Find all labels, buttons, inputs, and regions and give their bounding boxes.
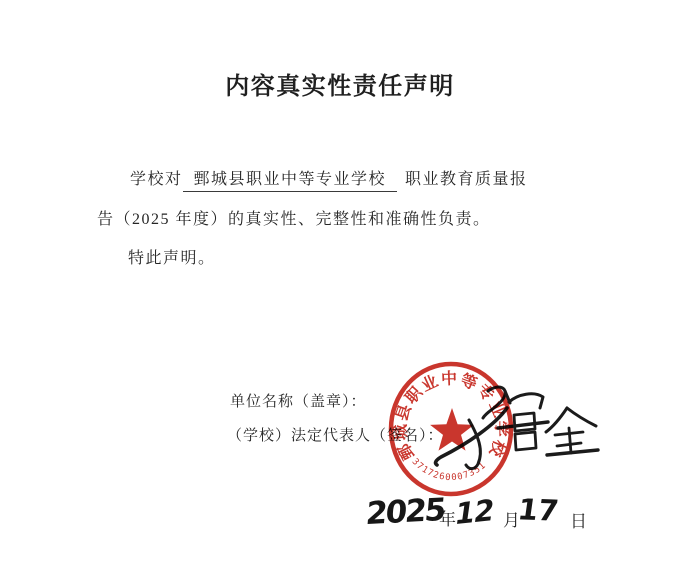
- statement-prefix: 学校对: [130, 171, 183, 188]
- handwritten-month: 12: [453, 493, 496, 532]
- signature-stroke: [498, 422, 548, 428]
- signature-stroke: [569, 428, 571, 453]
- signature-stroke: [509, 394, 543, 408]
- handwritten-year: 2025: [364, 492, 445, 532]
- school-name-underlined: 鄄城县职业中等专业学校: [183, 166, 398, 192]
- signature-stroke: [567, 408, 596, 426]
- handwritten-signature: [425, 358, 605, 476]
- statement-line1-suffix: 职业教育质量报: [405, 171, 528, 188]
- signature-stroke: [515, 432, 536, 450]
- declaration-document-page: 内容真实性责任声明 学校对鄄城县职业中等专业学校职业教育质量报 告（2025 年…: [0, 0, 700, 572]
- statement-line-1: 学校对鄄城县职业中等专业学校职业教育质量报: [130, 166, 528, 192]
- signature-stroke: [514, 413, 535, 431]
- statement-line-2: 告（2025 年度）的真实性、完整性和准确性负责。: [97, 206, 491, 229]
- signature-stroke: [547, 450, 598, 455]
- statement-line-3: 特此声明。: [128, 245, 216, 268]
- signature-stroke: [436, 408, 507, 465]
- page-title: 内容真实性责任声明: [0, 66, 690, 101]
- unit-name-label: 单位名称（盖章）：: [230, 390, 367, 411]
- signature-stroke: [546, 408, 567, 432]
- handwritten-day: 17: [516, 492, 561, 527]
- day-suffix-label: 日: [570, 507, 587, 532]
- signature-stroke: [466, 420, 480, 469]
